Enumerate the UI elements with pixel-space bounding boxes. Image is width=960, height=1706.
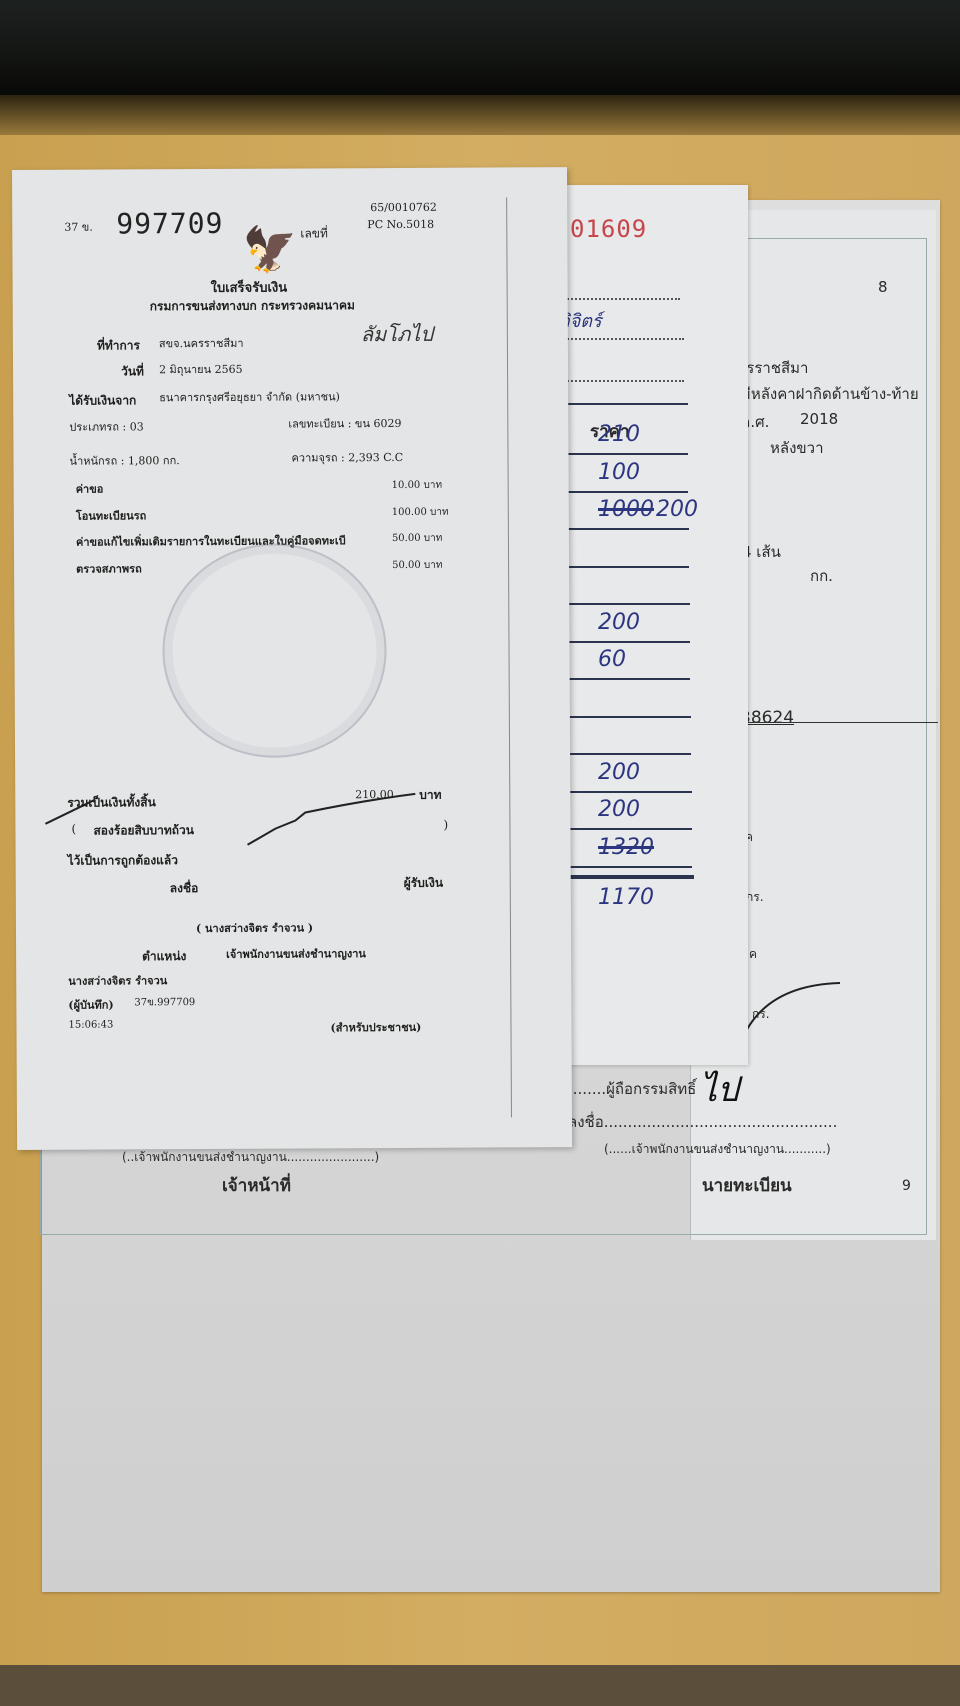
weight-unit: กก. <box>810 564 833 588</box>
price-total: 1170 <box>598 885 654 910</box>
official-title: เจ้าหน้าที่ <box>222 1172 291 1199</box>
partial-label-2: กร. <box>746 888 764 907</box>
number-label: เลขที่ <box>300 224 328 243</box>
price-entry: 1320 <box>598 835 654 860</box>
fee-item-amount: 10.00 บาท <box>392 478 442 493</box>
position-label: ตำแหน่ง <box>142 947 186 966</box>
owner-label: ........ผู้ถือกรรมสิทธิ์ <box>568 1077 696 1101</box>
registrar-sign-line: ลงชื่อ..................................… <box>568 1110 837 1134</box>
office-value: สขจ.นครราชสีมา <box>159 334 244 352</box>
receipt-perforation <box>506 197 512 1117</box>
pc-number: PC No.5018 <box>367 218 434 231</box>
date-label: วันที่ <box>121 362 144 381</box>
registrar-title: นายทะเบียน <box>702 1172 792 1199</box>
fee-item-amount: 100.00 บาท <box>392 505 449 520</box>
position-value: เจ้าพนักงานขนส่งชำนาญงาน <box>226 944 366 963</box>
receipt-title: ใบเสร็จรับเงิน <box>211 277 288 298</box>
number-rule <box>740 722 938 723</box>
header-rule <box>560 403 688 405</box>
copy-label: (สำหรับประชาชน) <box>330 1018 421 1036</box>
handwritten-note: ลัมโภไป <box>361 318 433 350</box>
price-row-rule <box>560 678 690 680</box>
department-name: กรมการขนส่งทางบก กระทรวงคมนาคม <box>150 296 355 316</box>
received-from-label: ได้รับเงินจาก <box>69 391 136 410</box>
location-value: หลังขวา <box>770 436 824 460</box>
office-label: ที่ทำการ <box>97 336 140 355</box>
registrar-position: (......เจ้าพนักงานขนส่งชำนาญงาน.........… <box>604 1140 831 1159</box>
print-time: 15:06:43 <box>68 1019 113 1030</box>
price-entry: 210 <box>598 422 640 447</box>
price-row-rule <box>560 528 689 530</box>
official-position: (..เจ้าพนักงานขนส่งชำนาญงาน.............… <box>122 1148 379 1167</box>
fee-item-label: ตรวจสภาพรถ <box>76 559 142 577</box>
plate-number: เลขทะเบียน : ขน 6029 <box>288 414 401 433</box>
price-row-rule <box>560 641 690 643</box>
fee-item-amount: 50.00 บาท <box>392 558 442 573</box>
vehicle-type: ประเภทรถ : 03 <box>69 417 143 435</box>
received-from-value: ธนาคารกรุงศรีอยุธยา จำกัด (มหาชน) <box>159 387 340 406</box>
price-row-rule <box>560 866 692 868</box>
ref-number: 65/0010762 <box>370 201 437 214</box>
signature-stroke-icon <box>35 780 455 852</box>
dark-background <box>0 0 960 95</box>
dotted-line-2 <box>560 338 684 340</box>
page-number-bottom: 9 <box>902 1178 911 1194</box>
book-number: 997709 <box>116 207 223 241</box>
partial-label-3: ค <box>749 945 757 964</box>
price-entry: 200 <box>598 797 640 822</box>
fee-item-amount: 50.00 บาท <box>392 531 442 546</box>
price-row-rule <box>560 603 690 605</box>
signature-stroke-icon <box>740 975 850 1035</box>
total-double-rule <box>560 875 694 879</box>
signer-name: ( นางสว่างจิตร รำจวน ) <box>196 918 313 937</box>
sign-label: ลงชื่อ <box>170 879 199 898</box>
vehicle-weight: น้ำหนักรถ : 1,800 กก. <box>69 451 179 470</box>
receipt: 37 ข. 997709 🦅 เลขที่ 65/0010762 PC No.5… <box>12 167 572 1150</box>
official-seal-stamp <box>162 543 387 758</box>
page-number-top: 8 <box>878 278 888 296</box>
fee-item-label: ค่าขอ <box>76 480 104 498</box>
engine-cc: ความจุรถ : 2,393 C.C <box>291 448 403 467</box>
floor-shadow <box>0 1665 960 1706</box>
dotted-line-1 <box>560 298 680 300</box>
book-label: 37 ข. <box>64 218 93 236</box>
partial-number: 38624 <box>740 708 794 728</box>
recorder-ref: 37ข.997709 <box>134 995 195 1010</box>
certified-text: ไว้เป็นการถูกต้องแล้ว <box>68 851 178 871</box>
price-entry: 200 <box>598 610 640 635</box>
price-entry: 60 <box>598 647 626 672</box>
price-row-rule <box>560 791 692 793</box>
price-row-rule <box>560 491 688 493</box>
price-sheet-serial: 01609 <box>570 215 647 243</box>
price-entry: 1000 <box>598 497 654 522</box>
fee-item-label: โอนทะเบียนรถ <box>76 506 147 524</box>
garuda-emblem-icon: 🦅 <box>242 224 297 276</box>
price-entry: 200 <box>656 497 698 522</box>
price-entry: 200 <box>598 760 640 785</box>
price-row-rule <box>560 566 689 568</box>
desk-edge <box>0 95 960 135</box>
recorder-name: นางสว่างจิตร รำจวน <box>68 971 167 990</box>
body-type-text: ก(มีหลังคาฝากิดด้านข้าง-ท้าย <box>726 382 934 406</box>
dotted-line-3 <box>560 380 684 382</box>
year-value: 2018 <box>800 410 838 428</box>
price-entry: 100 <box>598 460 640 485</box>
receiver-label: ผู้รับเงิน <box>404 874 443 893</box>
price-row-rule <box>560 453 688 455</box>
price-row-rule <box>560 828 692 830</box>
recorder-label: (ผู้บันทึก) <box>68 995 113 1013</box>
date-value: 2 มิถุนายน 2565 <box>159 360 243 378</box>
price-row-rule <box>560 753 691 755</box>
price-row-rule <box>560 716 691 718</box>
owner-initials: ไป <box>700 1062 739 1116</box>
